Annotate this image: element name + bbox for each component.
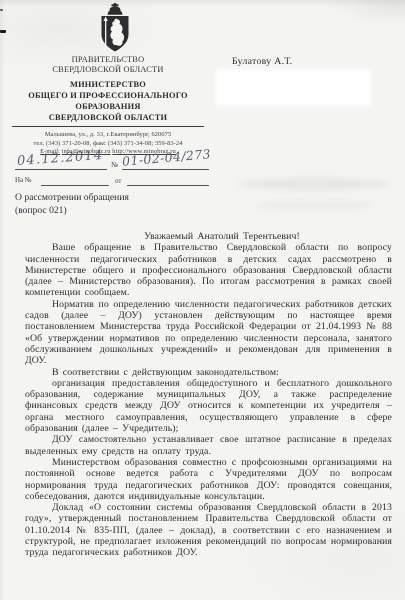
reply-to-label: На № [15, 176, 32, 184]
ministry-name-line: ОБЩЕГО И ПРОФЕССИОНАЛЬНОГО [10, 90, 206, 101]
reply-number-blank-line [41, 185, 109, 186]
body-paragraph: организация предоставления общедоступног… [25, 378, 392, 434]
ministry-name-line: ОБРАЗОВАНИЯ [10, 101, 206, 112]
body-paragraph: В соответствии с действующим законодател… [25, 367, 392, 378]
scan-edge-mark [0, 30, 6, 33]
ministry-name-line: МИНИСТЕРСТВО [10, 79, 206, 90]
reference-block: 04.12.2014 № 01-02-04/273 На № от [15, 155, 211, 192]
body-paragraph: ДОУ самостоятельно устанавливает свое шт… [25, 434, 392, 457]
body-paragraph: Доклад «О состоянии системы образования … [25, 502, 392, 558]
number-sign: № [111, 160, 118, 169]
ministry-name-line: СВЕРДЛОВСКОЙ ОБЛАСТИ [10, 112, 206, 123]
body-paragraph: Норматив по определению численности педа… [25, 299, 392, 367]
reply-from-label: от [115, 177, 121, 185]
ministry-name: МИНИСТЕРСТВО ОБЩЕГО И ПРОФЕССИОНАЛЬНОГО … [10, 79, 206, 123]
subject-line: (вопрос 021) [15, 204, 129, 217]
addressee-name: Булатову А.Т. [232, 56, 292, 67]
scanned-letter-page: ПРАВИТЕЛЬСТВО СВЕРДЛОВСКОЙ ОБЛАСТИ МИНИС… [0, 0, 405, 600]
redaction-box [218, 71, 369, 104]
outgoing-row: 04.12.2014 № 01-02-04/273 [15, 155, 211, 173]
date-blank-line [15, 169, 107, 170]
subject-block: О рассмотрении обращения (вопрос 021) [15, 191, 129, 217]
letterhead: ПРАВИТЕЛЬСТВО СВЕРДЛОВСКОЙ ОБЛАСТИ МИНИС… [10, 3, 206, 157]
phone-line: тел. (343) 371-20-08, факс (343) 371-34-… [10, 140, 206, 149]
letter-body: Уважаемый Анатолий Терентьевич! Ваше обр… [25, 231, 392, 559]
bleed-through-ghost [255, 200, 375, 210]
reply-date-blank-line [127, 185, 209, 186]
body-paragraph: Министерством образования совместно с пр… [25, 457, 392, 502]
number-blank-line [122, 169, 209, 170]
government-name-line: СВЕРДЛОВСКОЙ ОБЛАСТИ [10, 65, 206, 75]
salutation: Уважаемый Анатолий Терентьевич! [25, 231, 392, 242]
government-name-line: ПРАВИТЕЛЬСТВО [10, 55, 206, 65]
scan-edge-mark [0, 9, 3, 11]
reply-to-row: На № от [15, 176, 211, 192]
letterhead-divider [12, 126, 204, 127]
bleed-through-ghost [238, 178, 388, 190]
address-line: Малышева, ул., д. 33, г.Екатеринбург, 62… [10, 131, 206, 140]
coat-of-arms-icon [98, 3, 132, 53]
government-name: ПРАВИТЕЛЬСТВО СВЕРДЛОВСКОЙ ОБЛАСТИ [10, 55, 206, 75]
subject-line: О рассмотрении обращения [15, 191, 129, 204]
body-paragraph: Ваше обращение в Правительство Свердловс… [25, 242, 392, 298]
